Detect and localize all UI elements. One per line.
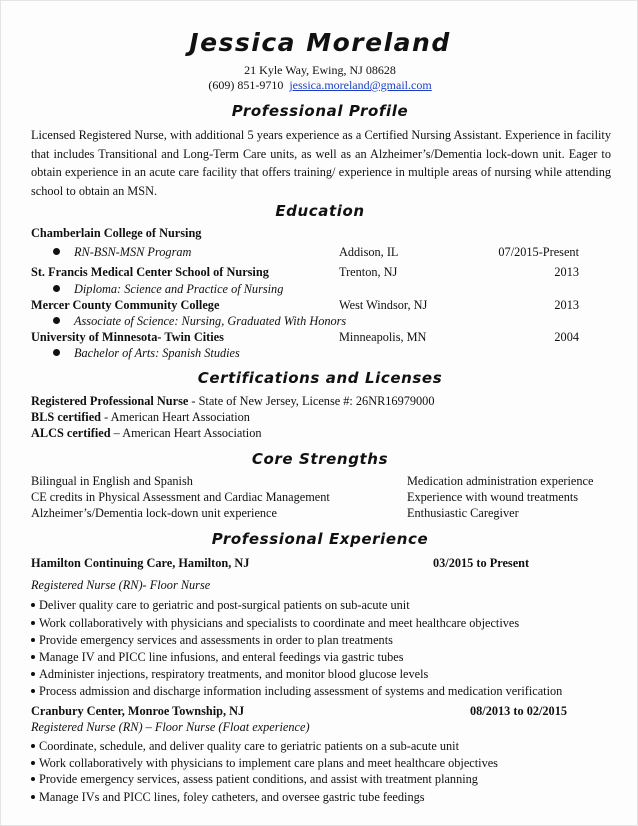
job-bullet: Coordinate, schedule, and deliver qualit… bbox=[31, 739, 459, 754]
job-employer: Hamilton Continuing Care, Hamilton, NJ bbox=[31, 556, 249, 571]
profile-text: Licensed Registered Nurse, with addition… bbox=[31, 126, 611, 200]
school-name: Chamberlain College of Nursing bbox=[31, 226, 201, 241]
job-role: Registered Nurse (RN)- Floor Nurse bbox=[31, 578, 210, 593]
strength-item: Bilingual in English and Spanish bbox=[31, 474, 193, 489]
bullet-icon bbox=[53, 349, 60, 356]
job-dates: 03/2015 to Present bbox=[433, 556, 529, 571]
section-heading-experience: Professional Experience bbox=[1, 530, 638, 548]
certification-item: Registered Professional Nurse - State of… bbox=[31, 394, 434, 409]
school-name: St. Francis Medical Center School of Nur… bbox=[31, 265, 269, 280]
job-bullet: Manage IVs and PICC lines, foley cathete… bbox=[31, 790, 425, 805]
job-dates: 08/2013 to 02/2015 bbox=[470, 704, 567, 719]
phone: (609) 851-9710 bbox=[208, 78, 283, 92]
school-date: 2013 bbox=[554, 298, 579, 313]
bullet-icon bbox=[53, 248, 60, 255]
school-name: Mercer County Community College bbox=[31, 298, 219, 313]
job-bullet: Deliver quality care to geriatric and po… bbox=[31, 598, 410, 613]
certification-item: ALCS certified – American Heart Associat… bbox=[31, 426, 262, 441]
strength-item: Medication administration experience bbox=[407, 474, 593, 489]
school-date: 2004 bbox=[554, 330, 579, 345]
section-heading-strengths: Core Strengths bbox=[1, 450, 638, 468]
address: 21 Kyle Way, Ewing, NJ 08628 bbox=[1, 63, 638, 78]
job-role: Registered Nurse (RN) – Floor Nurse (Flo… bbox=[31, 720, 310, 735]
school-name: University of Minnesota- Twin Cities bbox=[31, 330, 224, 345]
school-program: RN-BSN-MSN Program bbox=[53, 245, 191, 260]
school-program: Bachelor of Arts: Spanish Studies bbox=[53, 346, 240, 361]
email-link[interactable]: jessica.moreland@gmail.com bbox=[289, 78, 431, 92]
job-bullet: Work collaboratively with physicians to … bbox=[31, 756, 498, 771]
bullet-icon bbox=[53, 285, 60, 292]
school-date: 07/2015-Present bbox=[498, 245, 579, 260]
strength-item: Experience with wound treatments bbox=[407, 490, 578, 505]
section-heading-certifications: Certifications and Licenses bbox=[1, 369, 638, 387]
bullet-icon bbox=[53, 317, 60, 324]
strength-item: CE credits in Physical Assessment and Ca… bbox=[31, 490, 330, 505]
candidate-name: Jessica Moreland bbox=[1, 28, 638, 57]
strength-item: Enthusiastic Caregiver bbox=[407, 506, 519, 521]
job-bullet: Administer injections, respiratory treat… bbox=[31, 667, 428, 682]
school-location: Minneapolis, MN bbox=[339, 330, 426, 345]
school-location: Trenton, NJ bbox=[339, 265, 397, 280]
school-program: Diploma: Science and Practice of Nursing bbox=[53, 282, 283, 297]
school-location: West Windsor, NJ bbox=[339, 298, 427, 313]
job-bullet: Provide emergency services, assess patie… bbox=[31, 772, 478, 787]
job-bullet: Work collaboratively with physicians and… bbox=[31, 616, 519, 631]
section-heading-education: Education bbox=[1, 202, 638, 220]
job-bullet: Manage IV and PICC line infusions, and e… bbox=[31, 650, 404, 665]
strength-item: Alzheimer’s/Dementia lock-down unit expe… bbox=[31, 506, 277, 521]
job-employer: Cranbury Center, Monroe Township, NJ bbox=[31, 704, 244, 719]
resume-page: Jessica Moreland 21 Kyle Way, Ewing, NJ … bbox=[0, 0, 638, 826]
school-location: Addison, IL bbox=[339, 245, 398, 260]
job-bullet: Process admission and discharge informat… bbox=[31, 684, 562, 699]
school-program: Associate of Science: Nursing, Graduated… bbox=[53, 314, 346, 329]
section-heading-profile: Professional Profile bbox=[1, 102, 638, 120]
contact-line: (609) 851-9710 jessica.moreland@gmail.co… bbox=[1, 78, 638, 93]
school-date: 2013 bbox=[554, 265, 579, 280]
job-bullet: Provide emergency services and assessmen… bbox=[31, 633, 393, 648]
certification-item: BLS certified - American Heart Associati… bbox=[31, 410, 250, 425]
